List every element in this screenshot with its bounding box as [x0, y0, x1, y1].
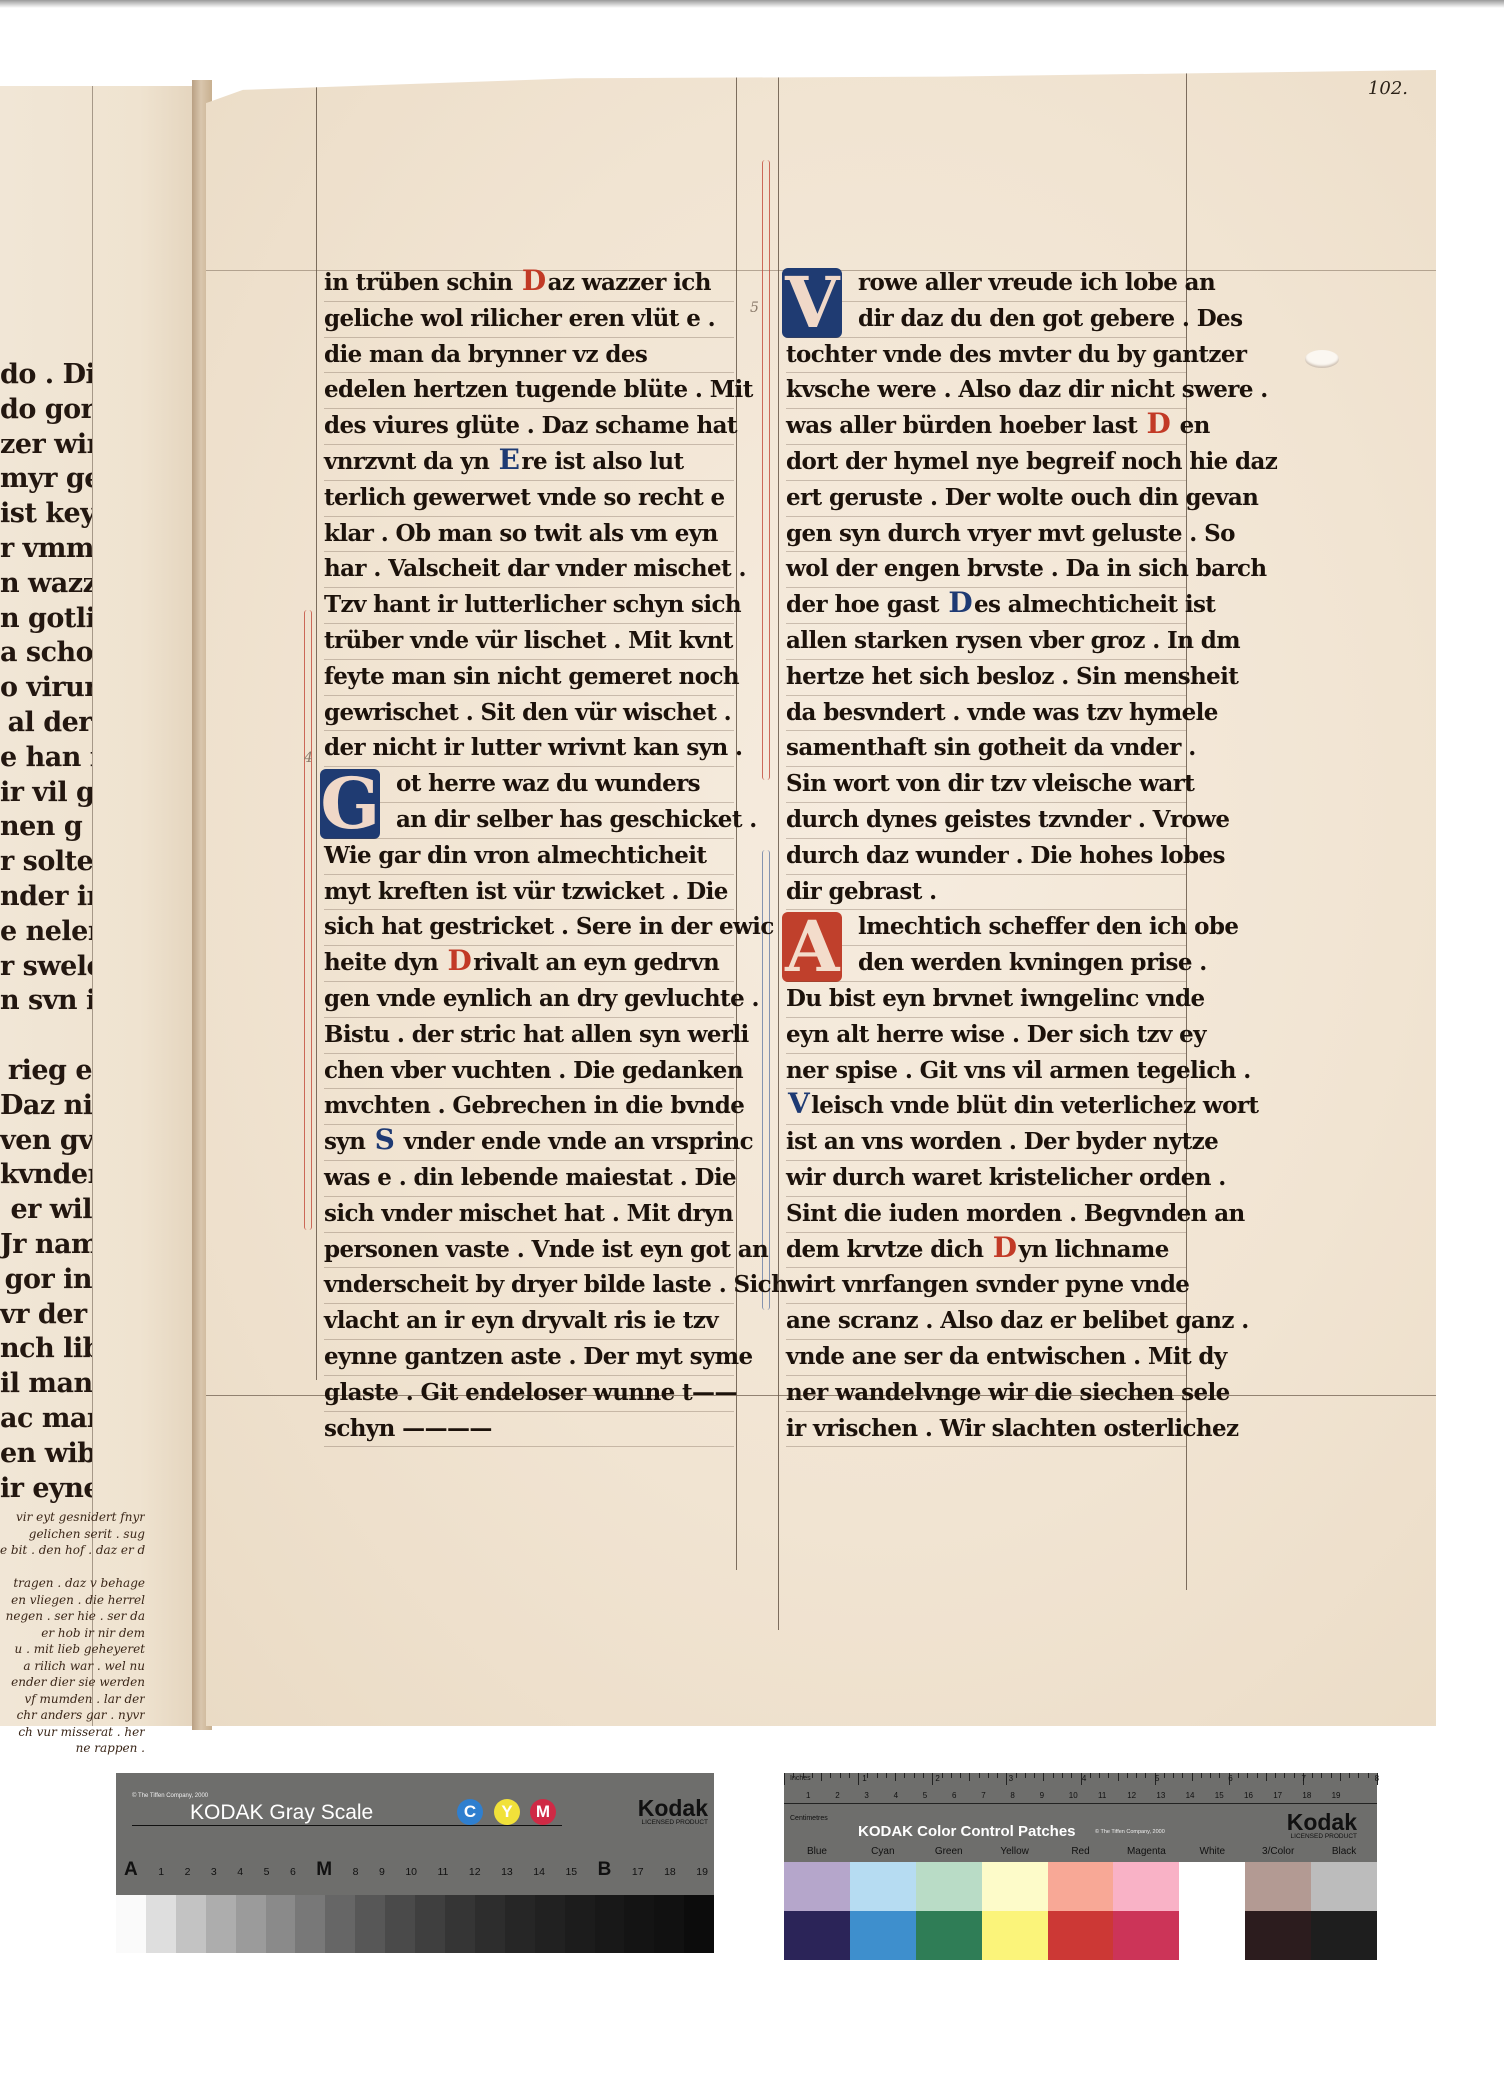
line-text: yn lichname [1018, 1236, 1168, 1263]
color-patch [1113, 1911, 1179, 1960]
text-line: ert geruste . Der wolte ouch din gevan [786, 481, 1186, 517]
gray-step-patch [385, 1895, 415, 1953]
ruler-tick [793, 1773, 794, 1778]
line-text: vnder ende vnde an vrsprinc [396, 1128, 753, 1155]
ruler-tick [1034, 1773, 1035, 1778]
cm-number: 10 [1069, 1791, 1078, 1800]
color-patch [850, 1911, 916, 1960]
ruler-tick [1006, 1773, 1007, 1785]
ruler-tick [1312, 1773, 1313, 1778]
line-text: was aller bürden hoeber last [786, 412, 1145, 439]
ruler-tick [932, 1773, 933, 1785]
line-text: klar . Ob man so twit als vm eyn [324, 520, 718, 547]
annotation-line: ch vur misserat . her [0, 1724, 145, 1741]
color-patch [1311, 1862, 1377, 1911]
line-text: durch dynes geistes tzvnder . Vrowe [786, 806, 1229, 833]
ruler-tick [821, 1773, 822, 1781]
ruler-tick [1136, 1773, 1137, 1778]
inch-number: 6 [1228, 1774, 1232, 1783]
ruler-tick [1210, 1773, 1211, 1778]
licensed-product-text: LICENSED PRODUCT [638, 1819, 708, 1827]
annotation-line [0, 1559, 145, 1576]
rubricated-initial-d: D [1145, 410, 1173, 438]
line-text: chen vber vuchten . Die gedanken [324, 1057, 743, 1084]
verso-line: er wil [0, 1193, 92, 1228]
gray-step-patch [565, 1895, 595, 1953]
line-text: der hoe gast [786, 591, 946, 618]
text-line: hertze het sich besloz . Sin mensheit [786, 660, 1186, 696]
text-line: myt kreften ist vür tzwicket . Die [324, 875, 734, 911]
verso-line: nder ir [0, 880, 92, 915]
gray-step-patches [116, 1895, 714, 1953]
cm-number: 3 [864, 1791, 868, 1800]
ruler-tick [1284, 1773, 1285, 1778]
line-text: ert geruste . Der wolte ouch din gevan [786, 484, 1258, 511]
ruler-tick [1053, 1773, 1054, 1778]
text-line: Sin wort von dir tzv vleische wart [786, 767, 1186, 803]
kodak-gray-scale-target: © The Tiffen Company, 2000 KODAK Gray Sc… [116, 1773, 714, 1953]
ruler-tick [969, 1773, 970, 1781]
text-line: Vrowe aller vreude ich lobe an [786, 266, 1186, 302]
ruler-tick [979, 1773, 980, 1778]
initial-penwork-flourish [762, 160, 770, 780]
gray-step-patch [266, 1895, 296, 1953]
ruler-tick [1192, 1773, 1193, 1781]
color-patch [982, 1862, 1048, 1911]
verso-line: do . Die [0, 358, 92, 393]
cm-number: 4 [894, 1791, 898, 1800]
text-line: durch daz wunder . Die hohes lobes [786, 839, 1186, 875]
inch-number: 8 [1375, 1774, 1379, 1783]
ruler-tick [886, 1773, 887, 1778]
text-line: sich hat gestricket . Sere in der ewic [324, 910, 734, 946]
text-line: gewrischet . Sit den vür wischet . [324, 696, 734, 732]
patch-label: 3/Color [1245, 1846, 1311, 1857]
gray-step-patch [325, 1895, 355, 1953]
ruler-tick [1257, 1773, 1258, 1778]
color-patch [1048, 1862, 1114, 1911]
line-text: sich hat gestricket . Sere in der ewic [324, 913, 774, 940]
color-control-title: KODAK Color Control Patches [858, 1823, 1076, 1840]
rubricated-initial-d: D [991, 1234, 1019, 1262]
line-text: ner wandelvnge wir die siechen sele [786, 1379, 1230, 1406]
annotation-line: chr anders gar . nyvr [0, 1707, 145, 1724]
verso-line: e han ich [0, 741, 92, 776]
margin-guide-mark: 5 [750, 300, 759, 316]
text-line: ner spise . Git vns vil armen tegelich . [786, 1054, 1186, 1090]
text-line: heite dyn Drivalt an eyn gedrvn [324, 946, 734, 982]
line-text: ane scranz . Also daz er belibet ganz . [786, 1307, 1249, 1334]
text-line: personen vaste . Vnde ist eyn got an [324, 1233, 734, 1269]
kodak-logo: Kodak LICENSED PRODUCT [1287, 1811, 1357, 1841]
color-patch [784, 1862, 850, 1911]
gray-step-label: 1 [158, 1866, 164, 1878]
line-text: feyte man sin nicht gemeret noch [324, 663, 739, 690]
rubricated-initial-s: S [373, 1126, 397, 1154]
ruler-tick [1368, 1773, 1369, 1778]
gray-step-patch [206, 1895, 236, 1953]
gray-step-label: 9 [379, 1866, 385, 1878]
line-text: Sint die iuden morden . Begvnden an [786, 1200, 1245, 1227]
line-text: wol der engen brvste . Da in sich barch [786, 555, 1267, 582]
kodak-brand-text: Kodak [1287, 1809, 1357, 1835]
line-text: dir gebrast . [786, 878, 937, 905]
cm-number: 15 [1215, 1791, 1224, 1800]
line-text: re ist also lut [521, 448, 683, 475]
text-line: mvchten . Gebrechen in die bvnde [324, 1089, 734, 1125]
verso-line: e nelen . [0, 915, 92, 950]
text-line: der nicht ir lutter wrivnt kan syn . [324, 731, 734, 767]
ruler-tick [942, 1773, 943, 1778]
verso-line: r solte le [0, 845, 92, 880]
ruler-tick [951, 1773, 952, 1778]
text-line: wirt vnrfangen svnder pyne vnde [786, 1268, 1186, 1304]
licensed-product-text: LICENSED PRODUCT [1287, 1833, 1357, 1841]
cm-number: 14 [1186, 1791, 1195, 1800]
verso-line: zer win [0, 428, 92, 463]
verso-line: myr ge [0, 462, 92, 497]
ruler-tick [1182, 1773, 1183, 1778]
verso-line: ven gvn [0, 1124, 92, 1159]
ruler-tick [1062, 1773, 1063, 1778]
line-text: az wazzer ich [548, 269, 711, 296]
text-line: tochter vnde des mvter du by gantzer [786, 338, 1186, 374]
line-text: lmechtich scheffer den ich obe [858, 913, 1238, 940]
annotation-line: a rilich war . wel nu [0, 1658, 145, 1675]
light-patch-row [784, 1862, 1377, 1911]
gray-step-patch [535, 1895, 565, 1953]
annotation-line: vir eyt gesnidert fnyr [0, 1509, 145, 1526]
gray-step-label: 10 [405, 1866, 417, 1878]
dark-patch-row [784, 1911, 1377, 1960]
line-text: schyn ———— [324, 1415, 492, 1442]
gray-step-label: B [598, 1859, 612, 1881]
ruler-tick [1238, 1773, 1239, 1778]
text-line: ir vrischen . Wir slachten osterlichez [786, 1412, 1186, 1448]
inch-number: 1 [862, 1774, 866, 1783]
cm-number: 13 [1156, 1791, 1165, 1800]
gray-step-patch [176, 1895, 206, 1953]
verso-line: r vmme [0, 532, 92, 567]
patch-label: Cyan [850, 1846, 916, 1857]
scan-top-shadow [0, 0, 1504, 8]
color-patch [784, 1911, 850, 1960]
verso-line: nen g e [0, 810, 92, 845]
line-text: har . Valscheit dar vnder mischet . [324, 555, 746, 582]
color-patch [982, 1911, 1048, 1960]
cm-number: 8 [1010, 1791, 1014, 1800]
verso-page-fragment: do . Diedo gorzer winmyr geist keynr vmm… [0, 86, 200, 1726]
ruler-tick [1118, 1773, 1119, 1781]
verso-line: vr der na [0, 1298, 92, 1333]
color-patch [1245, 1911, 1311, 1960]
gray-step-label: 12 [469, 1866, 481, 1878]
line-text: samenthaft sin gotheit da vnder . [786, 734, 1196, 761]
annotation-line: ender dier sie werden [0, 1674, 145, 1691]
ruler-tick [1164, 1773, 1165, 1778]
rubricated-initial-e: E [497, 446, 522, 474]
patch-label: Blue [784, 1846, 850, 1857]
ruler-tick [1043, 1773, 1044, 1781]
recto-page: 102. in trüben schin Daz wazzer ichgelic… [206, 70, 1436, 1726]
ruler-tick [1071, 1773, 1072, 1778]
line-text: da besvndert . vnde was tzv hymele [786, 699, 1218, 726]
line-text: allen starken rysen vber groz . In dm [786, 627, 1240, 654]
line-text: Sin wort von dir tzv vleische wart [786, 770, 1194, 797]
line-text: Du bist eyn brvnet iwngelinc vnde [786, 985, 1205, 1012]
cm-number: 1 [806, 1791, 810, 1800]
text-line: vnde ane ser da entwischen . Mit dy [786, 1340, 1186, 1376]
text-line: syn S vnder ende vnde an vrsprinc [324, 1125, 734, 1161]
cm-number: 19 [1332, 1791, 1341, 1800]
line-text: kvsche were . Also daz dir nicht swere . [786, 376, 1268, 403]
gray-step-patch [415, 1895, 445, 1953]
ruler-tick [895, 1773, 896, 1781]
line-text: an dir selber has geschicket . [396, 806, 757, 833]
gray-step-patch [355, 1895, 385, 1953]
ruler-tick [840, 1773, 841, 1778]
text-line: chen vber vuchten . Die gedanken [324, 1054, 734, 1090]
ruler-tick [1099, 1773, 1100, 1778]
kodak-brand-text: Kodak [638, 1795, 708, 1821]
line-text: personen vaste . Vnde ist eyn got an [324, 1236, 768, 1263]
verso-marginal-annotation: vir eyt gesnidert fnyrgelichen serit . s… [0, 1509, 145, 1757]
patch-label: Magenta [1113, 1846, 1179, 1857]
text-column-right: Vrowe aller vreude ich lobe andir daz du… [786, 266, 1186, 1447]
text-line: Tzv hant ir lutterlicher schyn sich [324, 588, 734, 624]
line-text: leisch vnde blüt din veterlichez wort [811, 1092, 1258, 1119]
cm-number: 9 [1040, 1791, 1044, 1800]
gray-step-label: 5 [264, 1866, 270, 1878]
line-text: der nicht ir lutter wrivnt kan syn . [324, 734, 742, 761]
margin-guide-mark: 4 [304, 750, 313, 766]
line-text: vnrzvnt da yn [324, 448, 497, 475]
line-text: in trüben schin [324, 269, 520, 296]
text-line: eynne gantzen aste . Der myt syme [324, 1340, 734, 1376]
line-text: vnde ane ser da entwischen . Mit dy [786, 1343, 1227, 1370]
ruler-tick [1275, 1773, 1276, 1778]
color-patch [1311, 1911, 1377, 1960]
magenta-dot-icon: M [530, 1799, 556, 1825]
line-text: edelen hertzen tugende blüte . Mit [324, 376, 753, 403]
annotation-line: vf mumden . lar der [0, 1691, 145, 1708]
text-line: dort der hymel nye begreif noch hie daz [786, 445, 1186, 481]
folio-number: 102. [1368, 78, 1408, 99]
ruler-tick [858, 1773, 859, 1785]
line-text: tochter vnde des mvter du by gantzer [786, 341, 1246, 368]
line-text: ist an vns worden . Der byder nytze [786, 1128, 1218, 1155]
text-line: vlacht an ir eyn dryvalt ris ie tzv [324, 1304, 734, 1340]
gray-step-patch [236, 1895, 266, 1953]
text-line: glaste . Git endeloser wunne t—— [324, 1376, 734, 1412]
cm-number: 7 [981, 1791, 985, 1800]
line-text: ir vrischen . Wir slachten osterlichez [786, 1415, 1239, 1442]
ruler-tick [1127, 1773, 1128, 1778]
gray-step-label: 4 [237, 1866, 243, 1878]
line-text: terlich gewerwet vnde so recht e [324, 484, 725, 511]
color-patch [850, 1862, 916, 1911]
rubricated-initial-d: D [446, 947, 474, 975]
line-text: hertze het sich besloz . Sin mensheit [786, 663, 1238, 690]
patch-label: Yellow [982, 1846, 1048, 1857]
text-line: Sint die iuden morden . Begvnden an [786, 1197, 1186, 1233]
text-line: terlich gewerwet vnde so recht e [324, 481, 734, 517]
verso-line: il man [0, 1367, 92, 1402]
text-line: gen vnde eynlich an dry gevluchte . [324, 982, 734, 1018]
ruler-tick [1025, 1773, 1026, 1778]
text-line: allen starken rysen vber groz . In dm [786, 624, 1186, 660]
cm-number: 17 [1273, 1791, 1282, 1800]
verso-line: r swelen [0, 950, 92, 985]
text-line: in trüben schin Daz wazzer ich [324, 266, 734, 302]
ruler-tick [960, 1773, 961, 1778]
copyright-text: © The Tiffen Company, 2000 [132, 1793, 208, 1799]
patch-label: Green [916, 1846, 982, 1857]
gray-step-patch [684, 1895, 714, 1953]
patch-label: Black [1311, 1846, 1377, 1857]
ruler-tick [1108, 1773, 1109, 1778]
ruler-tick [904, 1773, 905, 1778]
text-line: den werden kvningen prise . [786, 946, 1186, 982]
copyright-text: © The Tiffen Company, 2000 [1095, 1829, 1165, 1835]
verso-line: Jr namen [0, 1228, 92, 1263]
text-line: sich vnder mischet hat . Mit dryn [324, 1197, 734, 1233]
line-text: vlacht an ir eyn dryvalt ris ie tzv [324, 1307, 718, 1334]
gray-step-patch [445, 1895, 475, 1953]
line-text: mvchten . Gebrechen in die bvnde [324, 1092, 744, 1119]
text-line: dem krvtze dich Dyn lichname [786, 1233, 1186, 1269]
color-patch [1113, 1862, 1179, 1911]
line-text: ner spise . Git vns vil armen tegelich . [786, 1057, 1251, 1084]
line-text: eyn alt herre wise . Der sich tzv ey [786, 1021, 1206, 1048]
gray-step-label: 3 [211, 1866, 217, 1878]
text-line: wol der engen brvste . Da in sich barch [786, 552, 1186, 588]
gray-step-label: 6 [290, 1866, 296, 1878]
line-text: gewrischet . Sit den vür wischet . [324, 699, 731, 726]
annotation-line: negen . ser hie . ser da [0, 1608, 145, 1625]
patch-label: White [1179, 1846, 1245, 1857]
inch-centimetre-ruler: Inches 123456781234567891011121314151617… [784, 1773, 1377, 1804]
text-line: vnderscheit by dryer bilde laste . Sich [324, 1268, 734, 1304]
text-line: wir durch waret kristelicher orden . [786, 1161, 1186, 1197]
cm-number: 12 [1127, 1791, 1136, 1800]
ruler-tick [784, 1773, 785, 1785]
text-line: der hoe gast Des almechticheit ist [786, 588, 1186, 624]
yellow-dot-icon: Y [494, 1799, 520, 1825]
inch-number: 4 [1082, 1774, 1086, 1783]
text-line: Wie gar din vron almechticheit [324, 839, 734, 875]
annotation-line: tragen . daz v behage [0, 1575, 145, 1592]
line-text: syn [324, 1128, 373, 1155]
gray-step-patch [654, 1895, 684, 1953]
line-text: Wie gar din vron almechticheit [324, 842, 706, 869]
line-text: dort der hymel nye begreif noch hie daz [786, 448, 1277, 475]
text-line: Bistu . der stric hat allen syn werli [324, 1018, 734, 1054]
ruler-tick [1266, 1773, 1267, 1781]
parchment-hole [1305, 350, 1339, 368]
text-line: durch dynes geistes tzvnder . Vrowe [786, 803, 1186, 839]
color-patch [1048, 1911, 1114, 1960]
ruler-tick [914, 1773, 915, 1778]
text-line: ane scranz . Also daz er belibet ganz . [786, 1304, 1186, 1340]
text-line: feyte man sin nicht gemeret noch [324, 660, 734, 696]
ruler-tick [1294, 1773, 1295, 1778]
kodak-color-control-target: Inches 123456781234567891011121314151617… [784, 1773, 1377, 1953]
line-text: es almechticheit ist [974, 591, 1215, 618]
inch-number: 5 [1155, 1774, 1159, 1783]
line-text: dem krvtze dich [786, 1236, 991, 1263]
text-line: dir gebrast . [786, 875, 1186, 911]
line-text: heite dyn [324, 949, 446, 976]
cyan-dot-icon: C [457, 1799, 483, 1825]
line-text: myt kreften ist vür tzwicket . Die [324, 878, 728, 905]
ruler-tick [1016, 1773, 1017, 1778]
ruler-tick [1358, 1773, 1359, 1778]
text-line: die man da brynner vz des [324, 338, 734, 374]
centimetres-label: Centimetres [790, 1815, 828, 1822]
ruler-tick [1349, 1773, 1350, 1778]
verso-line: ac man [0, 1402, 92, 1437]
text-line: eyn alt herre wise . Der sich tzv ey [786, 1018, 1186, 1054]
text-line: dir daz du den got gebere . Des [786, 302, 1186, 338]
verso-line: kvnden . [0, 1158, 92, 1193]
initial-penwork-flourish [304, 610, 312, 1230]
gray-step-label: 11 [438, 1866, 449, 1878]
verso-line: en wib [0, 1437, 92, 1472]
ruler-tick [1321, 1773, 1322, 1778]
verso-line: nch lib . [0, 1332, 92, 1367]
line-text: eynne gantzen aste . Der myt syme [324, 1343, 753, 1370]
cm-number: 11 [1098, 1791, 1106, 1800]
gray-step-label: 17 [632, 1866, 644, 1878]
line-text: gen syn durch vryer mvt geluste . So [786, 520, 1235, 547]
verso-line: n svn iwng [0, 984, 92, 1019]
ruler-tick [830, 1773, 831, 1778]
gray-step-label: 8 [353, 1866, 359, 1878]
line-text: was e . din lebende maiestat . Die [324, 1164, 736, 1191]
ruler-tick [877, 1773, 878, 1778]
color-patch [916, 1911, 982, 1960]
text-line: Du bist eyn brvnet iwngelinc vnde [786, 982, 1186, 1018]
text-line: ist an vns worden . Der byder nytze [786, 1125, 1186, 1161]
verso-line: rieg e [0, 1054, 92, 1089]
cm-number: 16 [1244, 1791, 1253, 1800]
color-patch [1245, 1862, 1311, 1911]
annotation-line: e bit . den hof . daz er dir [0, 1542, 145, 1559]
gray-step-patch [505, 1895, 535, 1953]
annotation-line: gelichen serit . sug [0, 1526, 145, 1543]
gray-step-patch [595, 1895, 625, 1953]
cm-number: 18 [1302, 1791, 1311, 1800]
ruler-tick [849, 1773, 850, 1778]
text-line: trüber vnde vür lischet . Mit kvnt [324, 624, 734, 660]
text-line: klar . Ob man so twit als vm eyn [324, 517, 734, 553]
gray-step-patch [475, 1895, 505, 1953]
line-text: des viures glüte . Daz schame hat [324, 412, 737, 439]
verso-column-rule [92, 86, 93, 1726]
color-patch [1179, 1911, 1245, 1960]
line-text: trüber vnde vür lischet . Mit kvnt [324, 627, 733, 654]
ruler-tick [923, 1773, 924, 1778]
text-line: an dir selber has geschicket . [324, 803, 734, 839]
verso-line: ir vil gu [0, 776, 92, 811]
ruler-tick [812, 1773, 813, 1778]
gray-step-patch [116, 1895, 146, 1953]
verso-line: ist keyn [0, 497, 92, 532]
line-text: rowe aller vreude ich lobe an [858, 269, 1215, 296]
ruler-tick [1090, 1773, 1091, 1778]
verso-line: a schone . [0, 636, 92, 671]
